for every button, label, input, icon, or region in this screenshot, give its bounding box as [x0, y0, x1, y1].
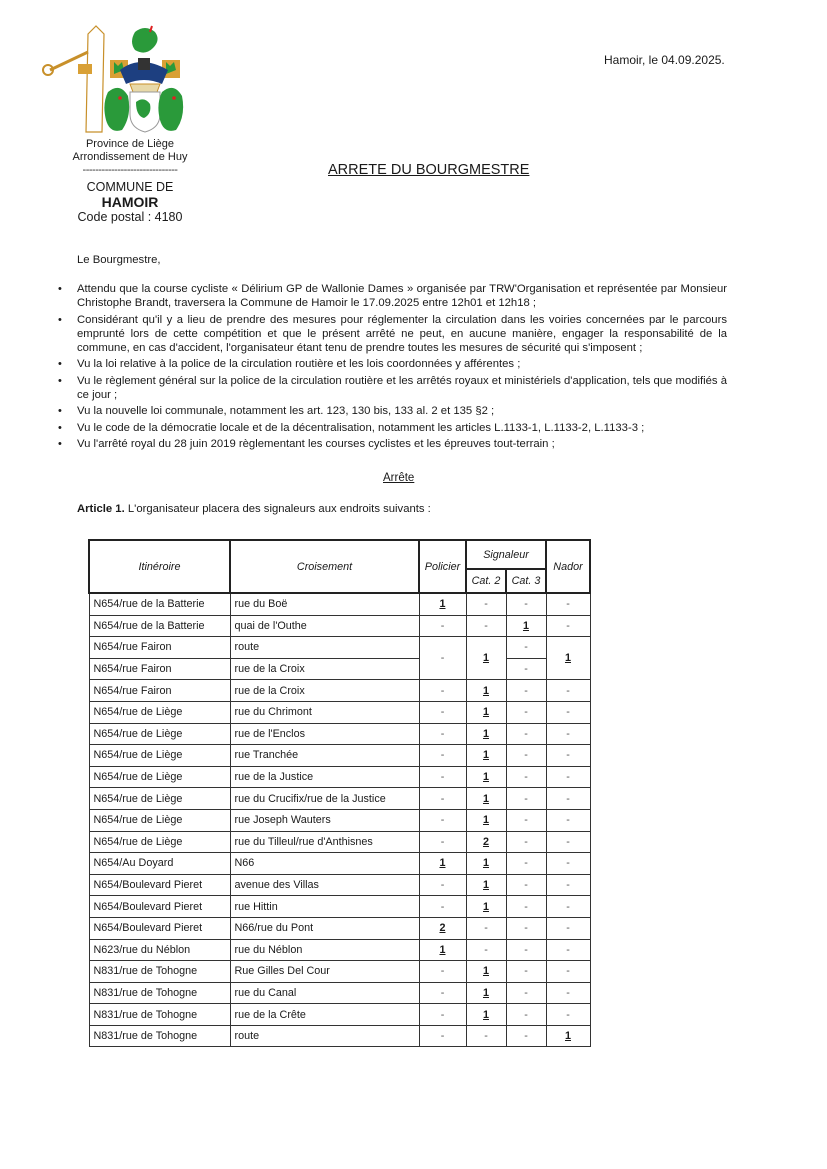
- cell-croisement-value: rue Joseph Wauters: [235, 814, 331, 826]
- cell-cat2-value: -: [484, 620, 488, 632]
- cell-policier: -: [419, 745, 466, 767]
- cell-nador-value: -: [566, 814, 570, 826]
- table-row: N831/rue de Tohogneroute---1: [89, 1025, 590, 1047]
- table-row: N831/rue de Tohognerue du Canal-1--: [89, 982, 590, 1004]
- separator-line: ------------------------------: [60, 164, 200, 177]
- cell-croisement: rue de la Croix: [230, 658, 419, 680]
- cell-cat2: 2: [466, 831, 506, 853]
- cell-itineraire-value: N831/rue de Tohogne: [94, 987, 198, 999]
- consideration-item: Vu le code de la démocratie locale et de…: [77, 421, 727, 435]
- cell-cat2-value: -: [484, 598, 488, 610]
- table-row: N654/rue de Liègerue du Tilleul/rue d'An…: [89, 831, 590, 853]
- table-row: N654/rue de Liègerue de la Justice-1--: [89, 766, 590, 788]
- cell-cat3-value: -: [524, 987, 528, 999]
- cell-policier: -: [419, 809, 466, 831]
- cell-itineraire-value: N654/rue de Liège: [94, 728, 183, 740]
- cell-itineraire: N623/rue du Néblon: [89, 939, 230, 961]
- cell-nador: -: [546, 788, 590, 810]
- cell-cat2: -: [466, 917, 506, 939]
- table-row: N654/Au DoyardN6611--: [89, 853, 590, 875]
- cell-itineraire-value: N654/Boulevard Pieret: [94, 922, 203, 934]
- cell-nador-value: -: [566, 1009, 570, 1021]
- cell-croisement-value: rue de la Croix: [235, 663, 305, 675]
- header-cat3: Cat. 3: [506, 569, 546, 593]
- cell-croisement: quai de l'Outhe: [230, 615, 419, 637]
- cell-itineraire-value: N654/rue de la Batterie: [94, 620, 205, 632]
- cell-cat3-value: -: [524, 965, 528, 977]
- cell-nador: -: [546, 831, 590, 853]
- cell-cat2: 1: [466, 723, 506, 745]
- cell-policier: -: [419, 1004, 466, 1026]
- cell-cat3-value: -: [524, 771, 528, 783]
- cell-policier-value: -: [441, 1030, 445, 1042]
- cell-nador-value: -: [566, 922, 570, 934]
- cell-itineraire: N654/rue de Liège: [89, 723, 230, 745]
- cell-nador: -: [546, 853, 590, 875]
- cell-nador: -: [546, 961, 590, 983]
- cell-nador-value: -: [566, 728, 570, 740]
- cell-croisement: rue de la Croix: [230, 680, 419, 702]
- commune-label: COMMUNE DE: [60, 181, 200, 194]
- table-row: N654/Boulevard Pieretavenue des Villas-1…: [89, 874, 590, 896]
- cell-croisement: avenue des Villas: [230, 874, 419, 896]
- cell-nador: 1: [546, 637, 590, 680]
- table-row: N654/rue Faironrue de la Croix-1--: [89, 680, 590, 702]
- cell-itineraire-value: N654/rue de Liège: [94, 771, 183, 783]
- cell-cat3-value: -: [524, 944, 528, 956]
- cell-policier-value: -: [441, 706, 445, 718]
- cell-itineraire: N831/rue de Tohogne: [89, 1025, 230, 1047]
- cell-croisement: route: [230, 637, 419, 659]
- cell-croisement: rue Tranchée: [230, 745, 419, 767]
- cell-cat3-value: -: [524, 901, 528, 913]
- cell-policier-value: -: [441, 814, 445, 826]
- cell-itineraire: N654/Boulevard Pieret: [89, 917, 230, 939]
- cell-policier-value: -: [441, 879, 445, 891]
- coat-of-arms-icon: [30, 12, 190, 144]
- cell-policier: -: [419, 680, 466, 702]
- cell-croisement-value: Rue Gilles Del Cour: [235, 965, 330, 977]
- cell-croisement-value: quai de l'Outhe: [235, 620, 307, 632]
- table-row: N654/Boulevard PieretN66/rue du Pont2---: [89, 917, 590, 939]
- table-row: N654/rue de Liègerue Tranchée-1--: [89, 745, 590, 767]
- table-row: N654/rue de Liègerue Joseph Wauters-1--: [89, 809, 590, 831]
- cell-cat3: -: [506, 701, 546, 723]
- cell-itineraire-value: N654/rue de la Batterie: [94, 598, 205, 610]
- cell-nador: -: [546, 896, 590, 918]
- cell-croisement-value: rue Hittin: [235, 901, 278, 913]
- considerations-list: Attendu que la course cycliste « Déliriu…: [77, 282, 727, 451]
- cell-croisement: rue du Boë: [230, 593, 419, 615]
- cell-cat2-value: 1: [483, 987, 489, 999]
- consideration-item: Vu l'arrêté royal du 28 juin 2019 règlem…: [77, 437, 727, 451]
- cell-policier-value: -: [441, 620, 445, 632]
- cell-itineraire-value: N654/rue de Liège: [94, 706, 183, 718]
- cell-croisement: rue Hittin: [230, 896, 419, 918]
- table-row: N831/rue de TohogneRue Gilles Del Cour-1…: [89, 961, 590, 983]
- cell-cat2-value: 1: [483, 706, 489, 718]
- cell-policier: 1: [419, 853, 466, 875]
- cell-cat2-value: 1: [483, 857, 489, 869]
- cell-cat3: -: [506, 809, 546, 831]
- cell-cat3: -: [506, 637, 546, 659]
- cell-policier: -: [419, 637, 466, 680]
- cell-cat2: 1: [466, 701, 506, 723]
- cell-cat2: 1: [466, 637, 506, 680]
- cell-nador: -: [546, 745, 590, 767]
- table-row: N654/rue de Liègerue du Chrimont-1--: [89, 701, 590, 723]
- cell-cat3-value: -: [524, 793, 528, 805]
- table-row: N654/rue de Liègerue de l'Enclos-1--: [89, 723, 590, 745]
- cell-croisement-value: rue du Boë: [235, 598, 288, 610]
- cell-itineraire: N654/rue de la Batterie: [89, 615, 230, 637]
- cell-cat2-value: 2: [483, 836, 489, 848]
- cell-croisement: rue du Néblon: [230, 939, 419, 961]
- salutation: Le Bourgmestre,: [77, 253, 727, 267]
- cell-cat2-value: 1: [483, 793, 489, 805]
- cell-nador-value: -: [566, 879, 570, 891]
- cell-policier: -: [419, 615, 466, 637]
- table-row: N623/rue du Néblonrue du Néblon1---: [89, 939, 590, 961]
- cell-cat2-value: -: [484, 944, 488, 956]
- cell-nador-value: -: [566, 620, 570, 632]
- cell-croisement-value: rue du Crucifix/rue de la Justice: [235, 793, 386, 805]
- cell-cat3: -: [506, 1004, 546, 1026]
- cell-cat2: -: [466, 593, 506, 615]
- cell-policier: -: [419, 701, 466, 723]
- cell-policier-value: -: [441, 685, 445, 697]
- header-policier: Policier: [419, 540, 466, 593]
- cell-policier: 1: [419, 939, 466, 961]
- cell-cat3: -: [506, 874, 546, 896]
- cell-nador: -: [546, 874, 590, 896]
- cell-cat3-value: -: [524, 749, 528, 761]
- cell-policier: -: [419, 896, 466, 918]
- cell-policier: -: [419, 723, 466, 745]
- cell-croisement: rue de la Crête: [230, 1004, 419, 1026]
- cell-policier: 2: [419, 917, 466, 939]
- cell-itineraire-value: N654/rue de Liège: [94, 836, 183, 848]
- cell-croisement-value: rue du Tilleul/rue d'Anthisnes: [235, 836, 373, 848]
- cell-croisement: route: [230, 1025, 419, 1047]
- cell-cat3-value: -: [524, 663, 528, 675]
- cell-cat2-value: -: [484, 922, 488, 934]
- table-row: N654/rue de Liègerue du Crucifix/rue de …: [89, 788, 590, 810]
- cell-cat3-value: -: [524, 922, 528, 934]
- cell-cat3-value: 1: [523, 620, 529, 632]
- cell-cat3-value: -: [524, 598, 528, 610]
- header-signaleur: Signaleur: [466, 540, 546, 569]
- cell-cat2: -: [466, 615, 506, 637]
- cell-itineraire-value: N654/rue de Liège: [94, 814, 183, 826]
- cell-itineraire: N654/rue Fairon: [89, 680, 230, 702]
- cell-nador-value: -: [566, 944, 570, 956]
- article-label: Article 1.: [77, 503, 125, 515]
- cell-cat2: -: [466, 1025, 506, 1047]
- table-row: N654/rue de la Batterierue du Boë1---: [89, 593, 590, 615]
- cell-cat3: -: [506, 961, 546, 983]
- cell-croisement-value: N66/rue du Pont: [235, 922, 314, 934]
- cell-itineraire-value: N654/rue Fairon: [94, 663, 172, 675]
- cell-policier: -: [419, 1025, 466, 1047]
- cell-cat2: 1: [466, 982, 506, 1004]
- cell-nador: -: [546, 615, 590, 637]
- cell-itineraire: N654/rue de Liège: [89, 788, 230, 810]
- arrondissement-label: Arrondissement de Huy: [60, 151, 200, 164]
- cell-nador-value: -: [566, 793, 570, 805]
- cell-policier-value: -: [441, 728, 445, 740]
- cell-itineraire: N654/Boulevard Pieret: [89, 896, 230, 918]
- cell-cat3: -: [506, 982, 546, 1004]
- header-nador: Nador: [546, 540, 590, 593]
- cell-cat2-value: 1: [483, 728, 489, 740]
- cell-nador-value: -: [566, 857, 570, 869]
- cell-cat3-value: -: [524, 1009, 528, 1021]
- cell-policier-value: -: [441, 793, 445, 805]
- cell-itineraire-value: N831/rue de Tohogne: [94, 1009, 198, 1021]
- cell-cat3: -: [506, 831, 546, 853]
- cell-cat3-value: -: [524, 706, 528, 718]
- cell-cat2: 1: [466, 1004, 506, 1026]
- cell-croisement: rue du Crucifix/rue de la Justice: [230, 788, 419, 810]
- cell-cat3-value: -: [524, 879, 528, 891]
- cell-itineraire: N654/rue Fairon: [89, 637, 230, 659]
- cell-policier-value: 2: [439, 922, 445, 934]
- cell-policier-value: -: [441, 1009, 445, 1021]
- cell-cat3-value: -: [524, 728, 528, 740]
- cell-itineraire: N831/rue de Tohogne: [89, 1004, 230, 1026]
- cell-itineraire-value: N623/rue du Néblon: [94, 944, 191, 956]
- cell-policier-value: 1: [439, 944, 445, 956]
- cell-cat3: 1: [506, 615, 546, 637]
- cell-nador-value: -: [566, 836, 570, 848]
- table-row: N654/rue Faironroute-1-1: [89, 637, 590, 659]
- consideration-item: Vu la nouvelle loi communale, notamment …: [77, 404, 727, 418]
- cell-cat3-value: -: [524, 836, 528, 848]
- cell-policier-value: 1: [439, 857, 445, 869]
- table-row: N831/rue de Tohognerue de la Crête-1--: [89, 1004, 590, 1026]
- cell-croisement-value: rue du Chrimont: [235, 706, 312, 718]
- cell-itineraire-value: N654/rue de Liège: [94, 793, 183, 805]
- cell-policier: -: [419, 874, 466, 896]
- cell-itineraire: N654/rue de la Batterie: [89, 593, 230, 615]
- cell-cat3: -: [506, 896, 546, 918]
- cell-policier-value: -: [441, 836, 445, 848]
- cell-cat2: 1: [466, 766, 506, 788]
- cell-cat2: -: [466, 939, 506, 961]
- cell-cat2: 1: [466, 896, 506, 918]
- consideration-item: Attendu que la course cycliste « Déliriu…: [77, 282, 727, 310]
- cell-croisement: N66/rue du Pont: [230, 917, 419, 939]
- cell-itineraire-value: N654/Boulevard Pieret: [94, 879, 203, 891]
- cell-itineraire: N654/rue Fairon: [89, 658, 230, 680]
- cell-croisement: rue de l'Enclos: [230, 723, 419, 745]
- cell-itineraire: N654/rue de Liège: [89, 701, 230, 723]
- cell-cat3-value: -: [524, 685, 528, 697]
- article-text: L'organisateur placera des signaleurs au…: [125, 503, 431, 515]
- cell-croisement-value: rue Tranchée: [235, 749, 299, 761]
- consideration-item: Vu la loi relative à la police de la cir…: [77, 357, 727, 371]
- province-label: Province de Liège: [60, 138, 200, 151]
- cell-nador: -: [546, 917, 590, 939]
- consideration-item: Considérant qu'il y a lieu de prendre de…: [77, 313, 727, 355]
- cell-cat3-value: -: [524, 1030, 528, 1042]
- cell-cat3: -: [506, 723, 546, 745]
- cell-nador-value: -: [566, 965, 570, 977]
- cell-cat2-value: 1: [483, 1009, 489, 1021]
- cell-policier: 1: [419, 593, 466, 615]
- cell-cat3: -: [506, 939, 546, 961]
- cell-cat3: -: [506, 853, 546, 875]
- cell-cat2-value: 1: [483, 652, 489, 664]
- signaleurs-table: Itinéroire Croisement Policier Signaleur…: [88, 539, 591, 1047]
- cell-cat3: -: [506, 593, 546, 615]
- cell-cat2: 1: [466, 874, 506, 896]
- cell-itineraire-value: N831/rue de Tohogne: [94, 965, 198, 977]
- cell-nador-value: -: [566, 771, 570, 783]
- cell-cat3: -: [506, 788, 546, 810]
- cell-cat3: -: [506, 1025, 546, 1047]
- cell-croisement: N66: [230, 853, 419, 875]
- coat-of-arms-logo: [30, 12, 190, 144]
- cell-policier-value: -: [441, 652, 445, 664]
- cell-policier-value: -: [441, 771, 445, 783]
- cell-policier: -: [419, 961, 466, 983]
- cell-cat2-value: 1: [483, 771, 489, 783]
- cell-itineraire-value: N654/Boulevard Pieret: [94, 901, 203, 913]
- cell-itineraire-value: N654/rue Fairon: [94, 685, 172, 697]
- cell-itineraire: N654/rue de Liège: [89, 831, 230, 853]
- arrete-heading: Arrête: [383, 472, 414, 484]
- table-row: N654/Boulevard Pieretrue Hittin-1--: [89, 896, 590, 918]
- cell-cat3-value: -: [524, 814, 528, 826]
- cell-cat2-value: -: [484, 1030, 488, 1042]
- cell-cat2: 1: [466, 853, 506, 875]
- cell-nador: -: [546, 723, 590, 745]
- cell-itineraire: N654/rue de Liège: [89, 745, 230, 767]
- cell-cat2-value: 1: [483, 749, 489, 761]
- cell-itineraire: N654/rue de Liège: [89, 809, 230, 831]
- cell-cat3: -: [506, 766, 546, 788]
- cell-nador-value: -: [566, 901, 570, 913]
- cell-policier-value: -: [441, 987, 445, 999]
- cell-nador: -: [546, 701, 590, 723]
- cell-itineraire-value: N654/Au Doyard: [94, 857, 174, 869]
- cell-cat3: -: [506, 680, 546, 702]
- cell-cat2-value: 1: [483, 965, 489, 977]
- commune-name: HAMOIR: [60, 194, 200, 210]
- cell-nador: -: [546, 593, 590, 615]
- cell-policier-value: -: [441, 965, 445, 977]
- cell-croisement: Rue Gilles Del Cour: [230, 961, 419, 983]
- cell-nador-value: -: [566, 749, 570, 761]
- cell-cat2-value: 1: [483, 814, 489, 826]
- cell-cat3-value: -: [524, 857, 528, 869]
- cell-cat2: 1: [466, 961, 506, 983]
- cell-croisement-value: rue de l'Enclos: [235, 728, 305, 740]
- cell-itineraire: N831/rue de Tohogne: [89, 961, 230, 983]
- page-title: ARRETE DU BOURGMESTRE: [328, 162, 529, 178]
- cell-croisement: rue de la Justice: [230, 766, 419, 788]
- cell-cat3: -: [506, 745, 546, 767]
- table-row: N654/rue Faironrue de la Croix-: [89, 658, 590, 680]
- postal-code: Code postal : 4180: [60, 210, 200, 225]
- table-body: N654/rue de la Batterierue du Boë1---N65…: [89, 593, 590, 1047]
- cell-itineraire-value: N654/rue Fairon: [94, 641, 172, 653]
- cell-nador-value: -: [566, 987, 570, 999]
- cell-nador-value: -: [566, 598, 570, 610]
- cell-nador: -: [546, 680, 590, 702]
- cell-croisement-value: rue du Néblon: [235, 944, 303, 956]
- cell-cat2: 1: [466, 809, 506, 831]
- cell-itineraire: N831/rue de Tohogne: [89, 982, 230, 1004]
- date-line: Hamoir, le 04.09.2025.: [604, 53, 725, 67]
- body-text: Le Bourgmestre, Attendu que la course cy…: [77, 253, 727, 454]
- header-cat2: Cat. 2: [466, 569, 506, 593]
- cell-croisement-value: route: [235, 1030, 260, 1042]
- consideration-item: Vu le règlement général sur la police de…: [77, 374, 727, 402]
- cell-croisement-value: rue de la Justice: [235, 771, 314, 783]
- cell-nador: 1: [546, 1025, 590, 1047]
- cell-nador: -: [546, 1004, 590, 1026]
- cell-cat3-value: -: [524, 641, 528, 653]
- cell-policier: -: [419, 788, 466, 810]
- cell-cat2-value: 1: [483, 901, 489, 913]
- cell-cat3: -: [506, 658, 546, 680]
- cell-nador: -: [546, 809, 590, 831]
- cell-itineraire: N654/Boulevard Pieret: [89, 874, 230, 896]
- cell-croisement-value: N66: [235, 857, 255, 869]
- cell-nador-value: -: [566, 685, 570, 697]
- cell-croisement: rue Joseph Wauters: [230, 809, 419, 831]
- cell-croisement: rue du Chrimont: [230, 701, 419, 723]
- cell-itineraire: N654/Au Doyard: [89, 853, 230, 875]
- cell-itineraire: N654/rue de Liège: [89, 766, 230, 788]
- cell-croisement-value: rue du Canal: [235, 987, 297, 999]
- cell-policier-value: 1: [439, 598, 445, 610]
- cell-croisement-value: route: [235, 641, 260, 653]
- cell-croisement-value: rue de la Crête: [235, 1009, 306, 1021]
- cell-nador-value: 1: [565, 1030, 571, 1042]
- cell-policier: -: [419, 831, 466, 853]
- letterhead: Province de Liège Arrondissement de Huy …: [60, 138, 200, 225]
- cell-cat2-value: 1: [483, 879, 489, 891]
- cell-cat2: 1: [466, 745, 506, 767]
- cell-croisement: rue du Canal: [230, 982, 419, 1004]
- cell-nador: -: [546, 766, 590, 788]
- cell-croisement: rue du Tilleul/rue d'Anthisnes: [230, 831, 419, 853]
- cell-policier-value: -: [441, 749, 445, 761]
- table-row: N654/rue de la Batteriequai de l'Outhe--…: [89, 615, 590, 637]
- cell-nador-value: 1: [565, 652, 571, 664]
- cell-cat2: 1: [466, 788, 506, 810]
- header-itineraire: Itinéroire: [89, 540, 230, 593]
- cell-policier: -: [419, 766, 466, 788]
- cell-cat2-value: 1: [483, 685, 489, 697]
- article-1: Article 1. L'organisateur placera des si…: [77, 503, 431, 515]
- cell-policier: -: [419, 982, 466, 1004]
- cell-cat3: -: [506, 917, 546, 939]
- header-croisement: Croisement: [230, 540, 419, 593]
- cell-croisement-value: rue de la Croix: [235, 685, 305, 697]
- cell-itineraire-value: N654/rue de Liège: [94, 749, 183, 761]
- cell-cat2: 1: [466, 680, 506, 702]
- cell-croisement-value: avenue des Villas: [235, 879, 319, 891]
- cell-nador: -: [546, 939, 590, 961]
- cell-nador-value: -: [566, 706, 570, 718]
- cell-policier-value: -: [441, 901, 445, 913]
- cell-itineraire-value: N831/rue de Tohogne: [94, 1030, 198, 1042]
